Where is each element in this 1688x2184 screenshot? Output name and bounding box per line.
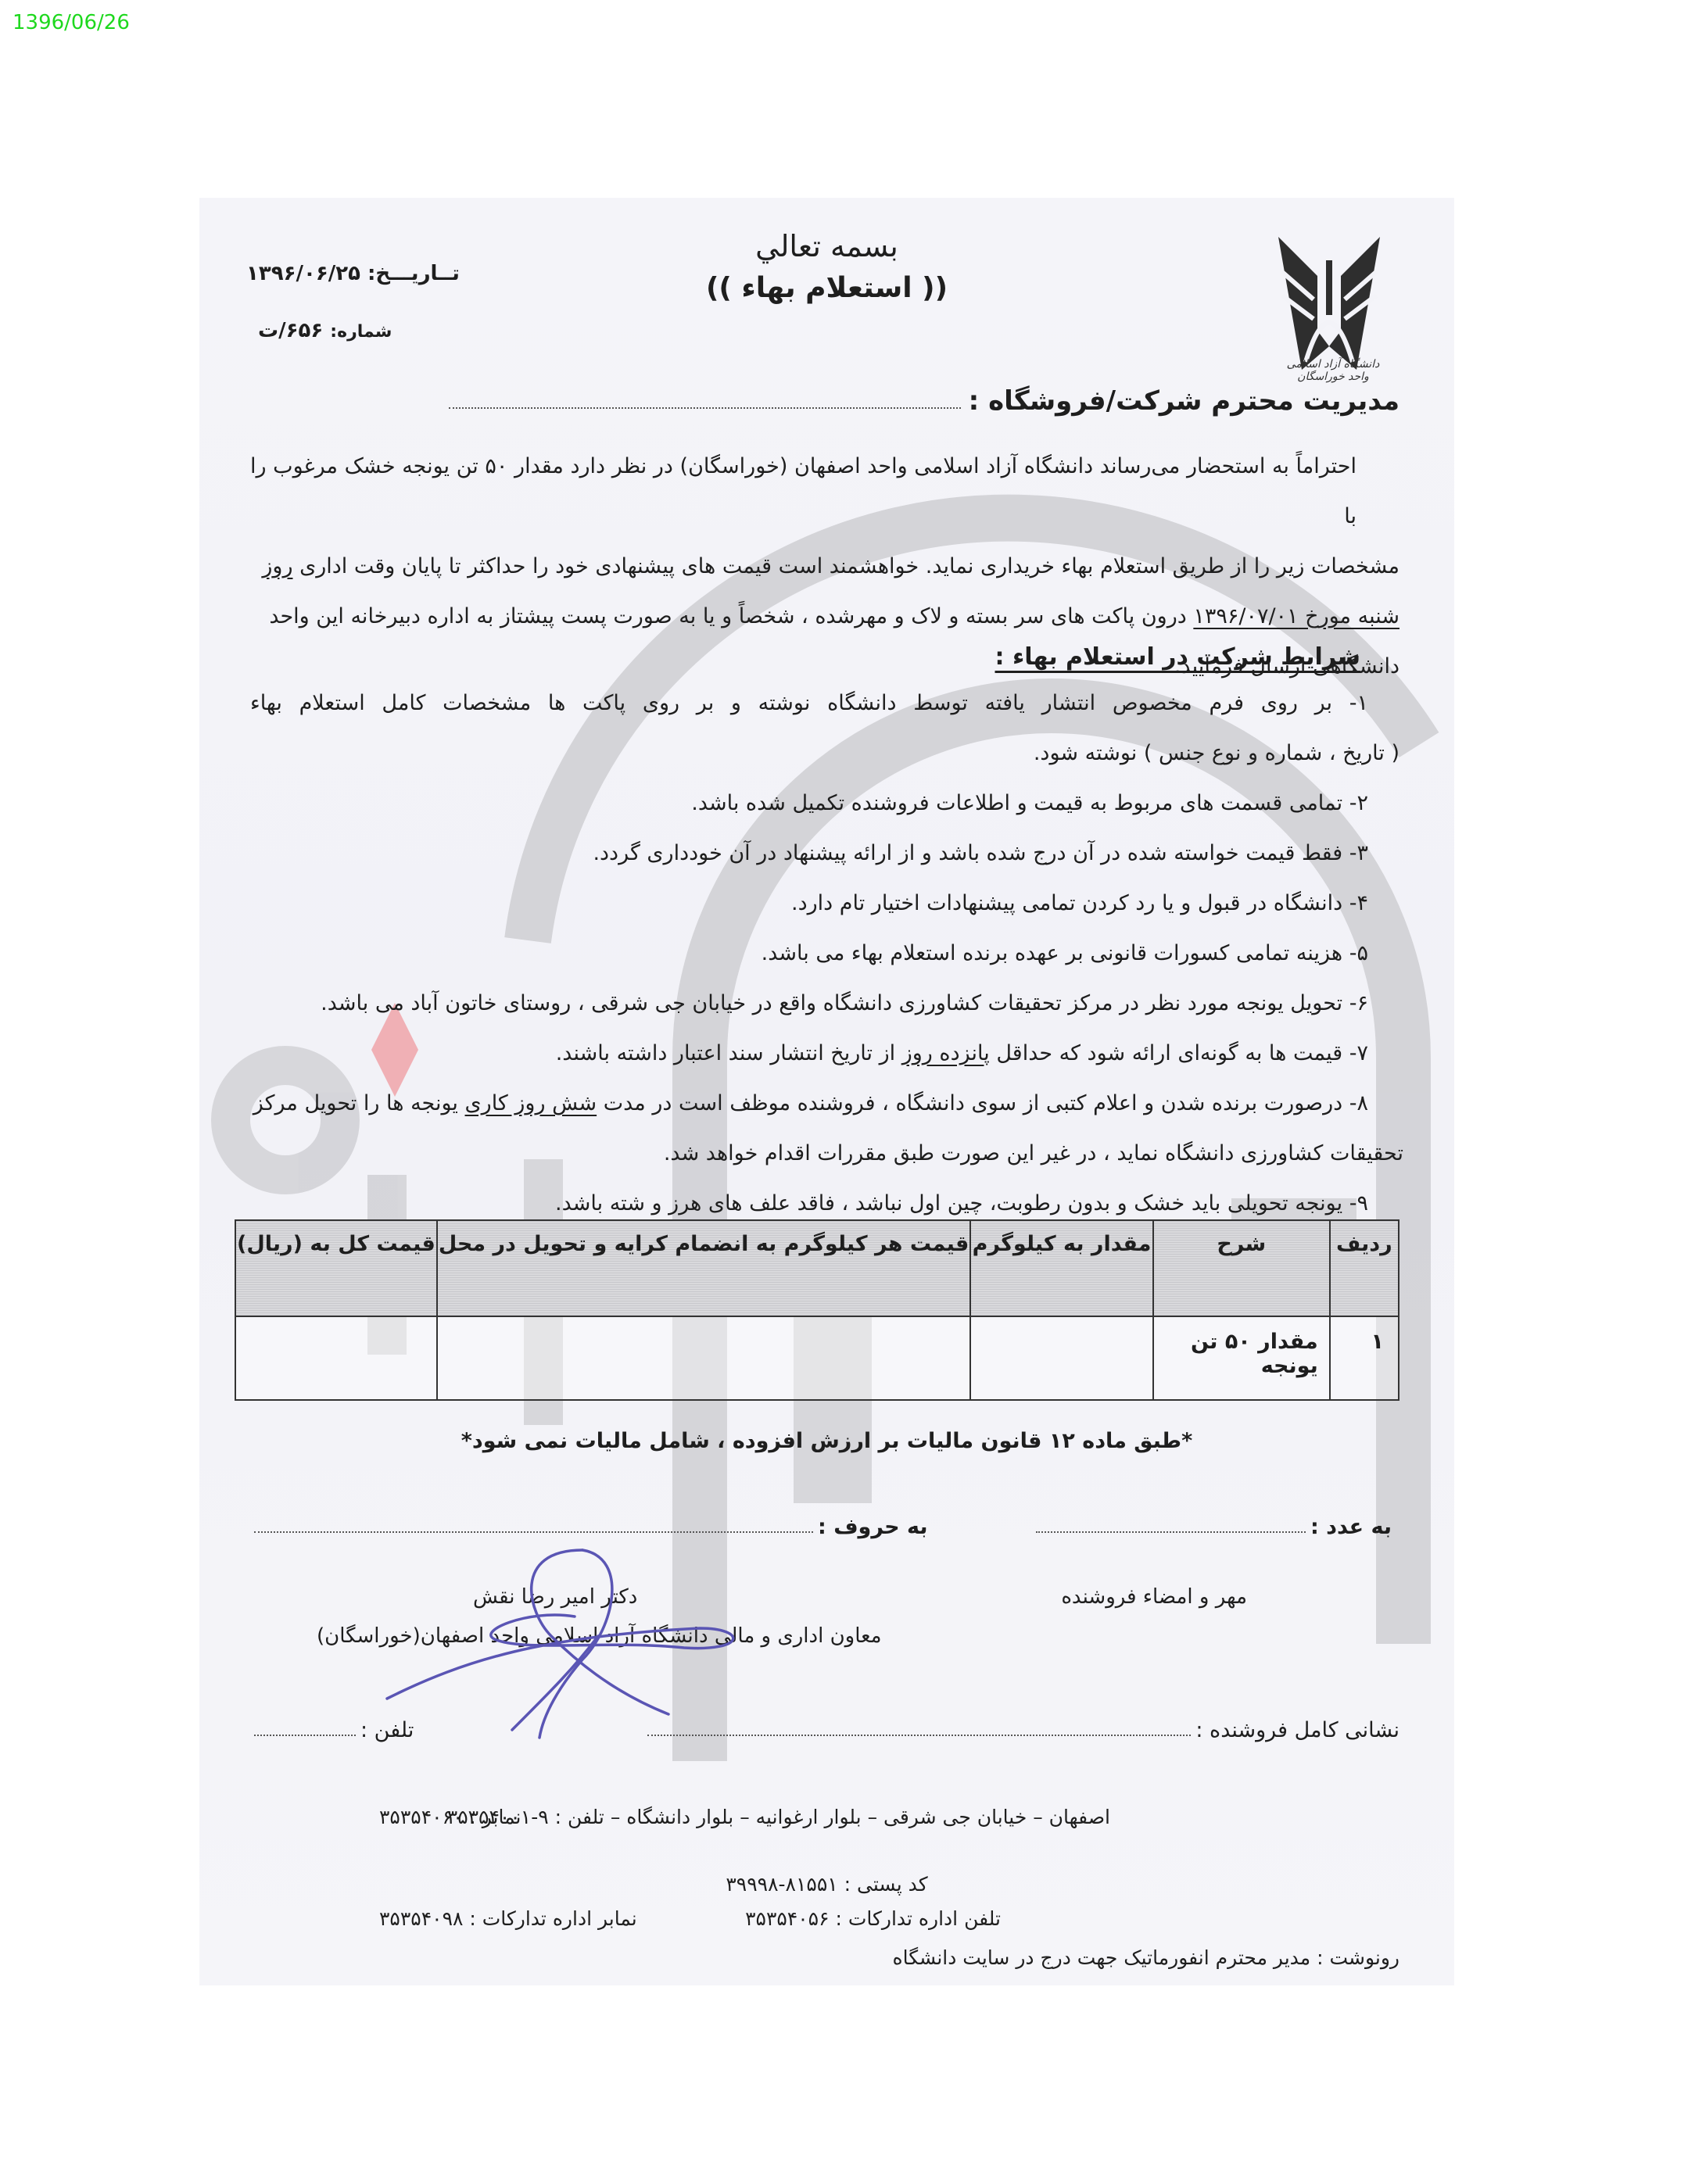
university-address: اصفهان – خیابان جی شرقی – بلوار ارغوانیه… (447, 1806, 1110, 1828)
cell-row-number: ۱ (1330, 1316, 1399, 1400)
handwritten-signature-icon (371, 1542, 778, 1745)
col-unit-price: قیمت هر کیلوگرم به انضمام کرایه و تحویل … (437, 1220, 971, 1316)
seller-address-field: نشانی کامل فروشنده : (647, 1718, 1399, 1742)
cell-description: مقدار ۵۰ تن یونجه (1153, 1316, 1330, 1400)
col-total-price: قیمت کل به (ریال) (235, 1220, 437, 1316)
intro-line-1: احتراماً به استحضار می‌رساند دانشگاه آزا… (250, 442, 1399, 542)
cell-unit-price-input[interactable] (437, 1316, 971, 1400)
seller-phone-blank[interactable] (254, 1735, 356, 1736)
deadline-date: شنبه مورخ ۱۳۹۶/۰۷/۰۱ (1193, 604, 1399, 628)
condition-4: ۴- دانشگاه در قبول و یا رد کردن تمامی پی… (250, 879, 1368, 929)
table-header-row: ردیف شرح مقدار به کیلوگرم قیمت هر کیلوگر… (235, 1220, 1399, 1316)
basmala: بسمه تعالي (199, 229, 1454, 263)
conditions-list: ۱- بر روی فرم مخصوص انتشار یافته توسط دا… (250, 678, 1368, 1229)
amount-words-label: به حروف : (818, 1515, 928, 1539)
col-quantity-kg: مقدار به کیلوگرم (970, 1220, 1152, 1316)
addressee-blank[interactable] (449, 407, 961, 409)
scan-date-stamp: 1396/06/26 (13, 11, 130, 34)
intro-line-3: شنبه مورخ ۱۳۹۶/۰۷/۰۱ درون پاکت های سر بس… (250, 592, 1399, 642)
seller-phone-field: تلفن : (254, 1718, 414, 1742)
addressee-label: مديريت محترم شركت/فروشگاه : (969, 385, 1399, 417)
condition-1: ۱- بر روی فرم مخصوص انتشار یافته توسط دا… (250, 678, 1368, 729)
amount-numeric-label: به عدد : (1310, 1515, 1392, 1539)
cell-quantity-input[interactable] (970, 1316, 1152, 1400)
amount-numeric-blank[interactable] (1036, 1531, 1306, 1533)
tax-note: *طبق ماده ۱۲ قانون مالیات بر ارزش افزوده… (199, 1429, 1454, 1453)
procurement-fax: نمابر اداره تدارکات : ۳۵۳۵۴۰۹۸ (379, 1907, 637, 1930)
number-label: شماره: (330, 322, 392, 342)
logo-caption: دانشگاه آزاد اسلامی واحد خوراسگان (1286, 358, 1380, 383)
university-fax: نمابر : ۳۵۳۵۴۰۶۰ (379, 1806, 521, 1828)
condition-5: ۵- هزینه تمامی کسورات قانونی بر عهده برن… (250, 929, 1368, 979)
table-row: ۱ مقدار ۵۰ تن یونجه (235, 1316, 1399, 1400)
condition-8-cont: تحقیقات کشاورزی دانشگاه نماید ، در غیر ا… (250, 1129, 1403, 1179)
date-field: تــاريـــخ: ۱۳۹۶/۰۶/۲۵ (246, 262, 460, 285)
condition-6: ۶- تحویل یونجه مورد نظر در مرکز تحقیقات … (250, 979, 1368, 1029)
seller-seal-signature-label: مهر و امضاء فروشنده (1061, 1585, 1247, 1609)
number-value: ۶۵۶/ت (258, 319, 323, 342)
document-page: دانشگاه آزاد اسلامی واحد خوراسگان بسمه ت… (199, 198, 1454, 1985)
conditions-title: شرایط شرکت در استعلام بهاء : (995, 643, 1361, 671)
col-description: شرح (1153, 1220, 1330, 1316)
date-value: ۱۳۹۶/۰۶/۲۵ (246, 262, 360, 285)
amount-numeric-field: به عدد : (1036, 1515, 1392, 1539)
number-field: شماره: ۶۵۶/ت (258, 319, 392, 342)
date-label: تــاريـــخ: (367, 262, 460, 285)
deadline-day: روز (262, 554, 292, 578)
condition-8: ۸- درصورت برنده شدن و اعلام کتبی از سوی … (250, 1079, 1368, 1129)
amount-words-blank[interactable] (254, 1531, 813, 1533)
condition-7: ۷- قیمت ها به گونه‌ای ارائه شود که حداقل… (250, 1029, 1368, 1079)
procurement-phone: تلفن اداره تدارکات : ۳۵۳۵۴۰۵۶ (745, 1907, 1001, 1930)
col-row-number: ردیف (1330, 1220, 1399, 1316)
intro-line-2: مشخصات زیر را از طریق استعلام بهاء خریدا… (250, 542, 1399, 592)
condition-2: ۲- تمامی قسمت های مربوط به قیمت و اطلاعا… (250, 779, 1368, 829)
seller-phone-label: تلفن : (360, 1718, 414, 1742)
seller-address-label: نشانی کامل فروشنده : (1195, 1718, 1399, 1742)
amount-words-field: به حروف : (254, 1515, 928, 1539)
postal-code: کد پستی : ۸۱۵۵۱-۳۹۹۹۸ (199, 1873, 1454, 1896)
carbon-copy-note: رونوشت : مدیر محترم انفورماتیک جهت درج د… (893, 1946, 1400, 1969)
addressee-line: مديريت محترم شركت/فروشگاه : (449, 385, 1399, 417)
condition-1-cont: ( تاریخ ، شماره و نوع جنس ) نوشته شود. (250, 729, 1399, 779)
seller-address-blank[interactable] (647, 1735, 1191, 1736)
cell-total-price-input[interactable] (235, 1316, 437, 1400)
condition-3: ۳- فقط قیمت خواسته شده در آن درج شده باش… (250, 829, 1368, 879)
items-table: ردیف شرح مقدار به کیلوگرم قیمت هر کیلوگر… (235, 1219, 1399, 1401)
